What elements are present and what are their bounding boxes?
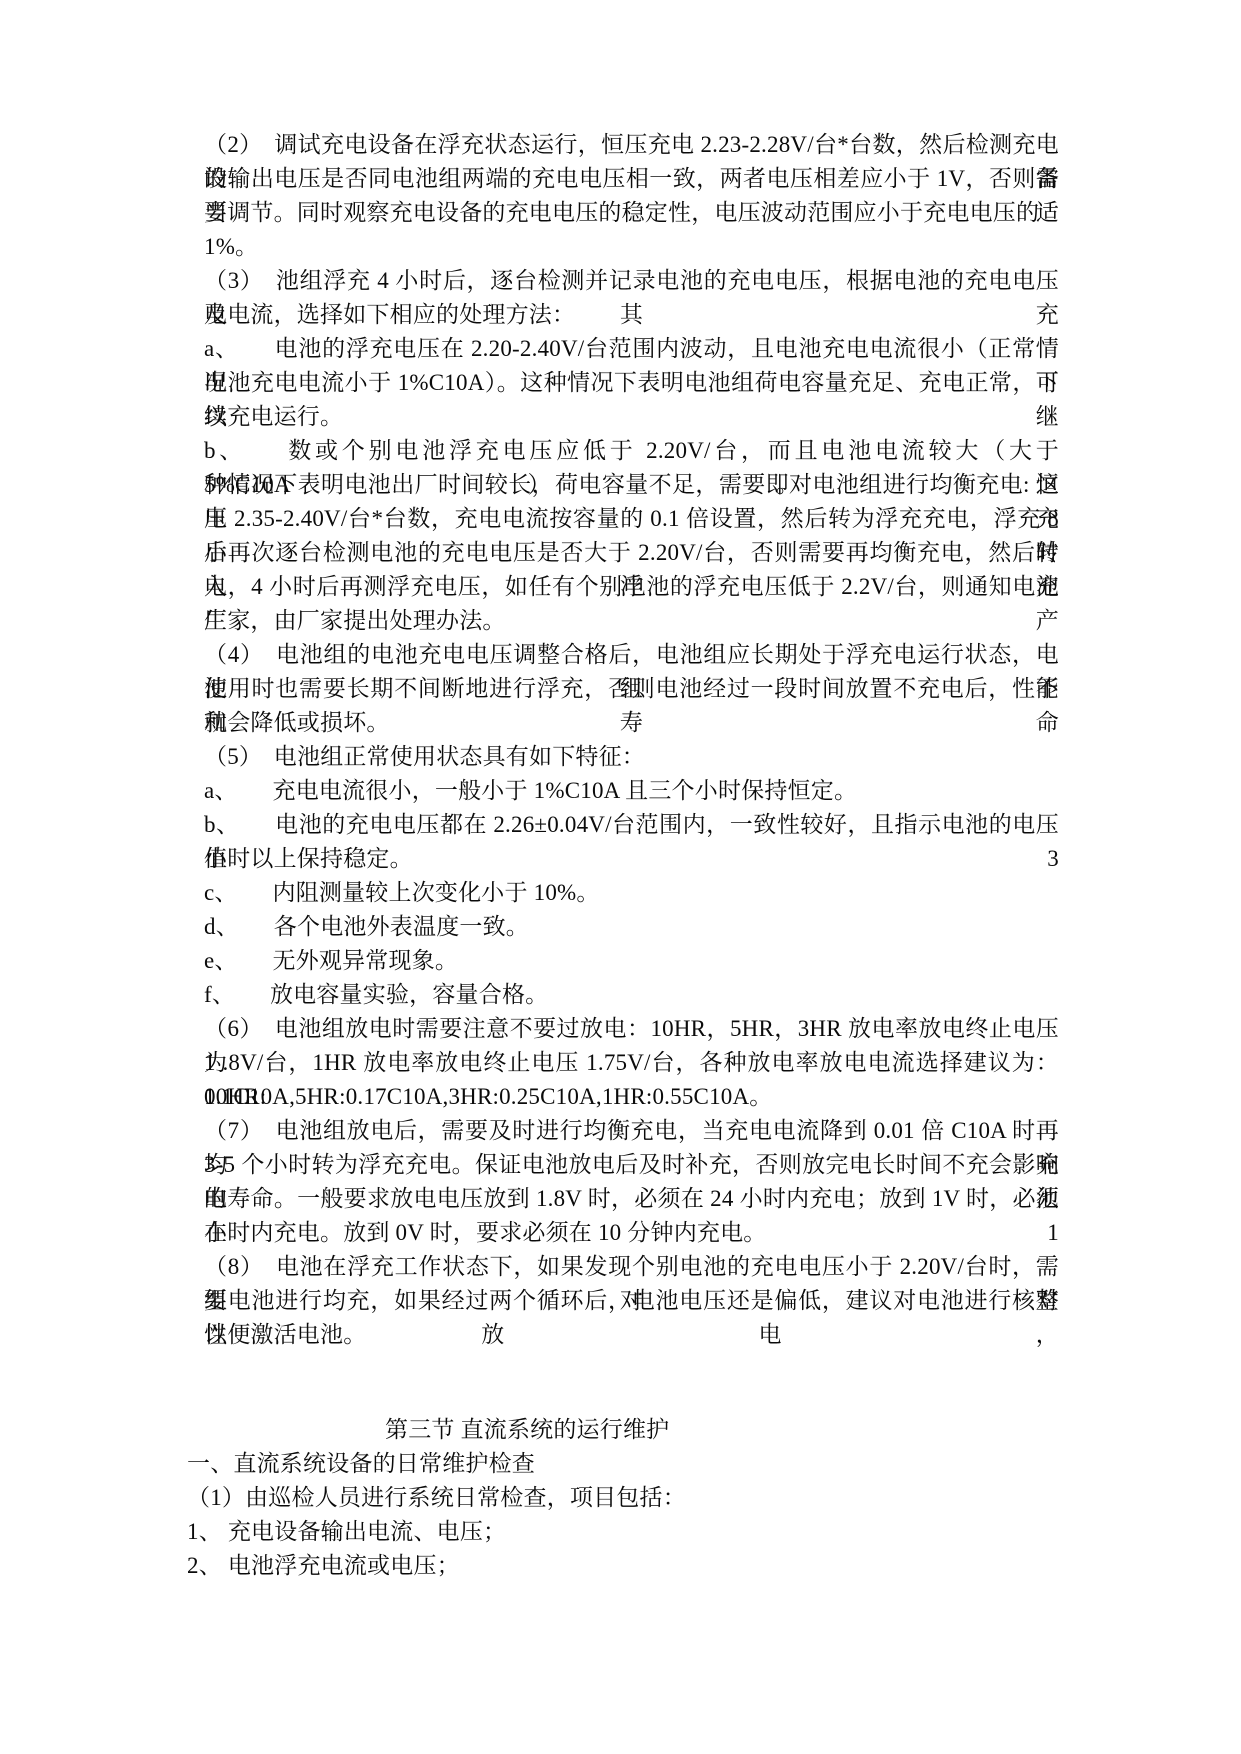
- text-line: （8） 电池在浮充工作状态下，如果发现个别电池的充电电压小于 2.20V/台时，…: [204, 1250, 1059, 1284]
- document-page: （2） 调试充电设备在浮充状态运行，恒压充电 2.23-2.28V/台*台数，然…: [0, 0, 1241, 1754]
- text-line: [204, 230, 1059, 264]
- text-line: f、 放电容量实验，容量合格。: [204, 978, 1059, 1012]
- text-line: 后再次逐台检测电池的充电电压是否大于 2.20V/台，否则需要再均衡充电，然后转…: [204, 536, 1059, 570]
- text-line: （7） 电池组放电后，需要及时进行均衡充电，当充电电流降到 0.01 倍 C10…: [204, 1114, 1059, 1148]
- text-line: 电池充电电流小于 1%C10A）。这种情况下表明电池组荷电容量充足、充电正常，可…: [204, 366, 1059, 400]
- text-line: a、 充电电流很小，一般小于 1%C10A 且三个小时保持恒定。: [204, 774, 1059, 808]
- text-line: 3-5 个小时转为浮充充电。保证电池放电后及时补充，否则放完电长时间不充会影响电…: [204, 1148, 1059, 1182]
- text-line: b、 电池的充电电压都在 2.26±0.04V/台范围内，一致性较好，且指示电池…: [204, 808, 1059, 842]
- section-heading: 第三节 直流系统的运行维护: [187, 1413, 1072, 1447]
- text-line: 种情况下表明电池出厂时间较长，荷电容量不足，需要即对电池组进行均衡充电: 恒压充: [204, 468, 1059, 502]
- text-line: c、 内阻测量较上次变化小于 10%。: [204, 876, 1059, 910]
- text-line: （4） 电池组的电池充电电压调整合格后，电池组应长期处于浮充电运行状态，电池组不: [204, 638, 1059, 672]
- text-line: （5） 电池组正常使用状态具有如下特征：: [204, 740, 1059, 774]
- section-block: 第三节 直流系统的运行维护 一、直流系统设备的日常维护检查（1）由巡检人员进行系…: [187, 1413, 1072, 1583]
- text-line: 组电池进行均充，如果经过两个循环后，电池电压还是偏低，建议对电池进行核对性放电，: [204, 1284, 1059, 1318]
- text-line: 使用时也需要长期不间断地进行浮充，否则电池经过一段时间放置不充电后，性能和寿命: [204, 672, 1059, 706]
- text-line: 电 2.35-2.40V/台*台数，充电电流按容量的 0.1 倍设置，然后转为浮…: [204, 502, 1059, 536]
- text-line: 的输出电压是否同电池组两端的充电电压相一致，两者电压相差应小于 1V，否则需要适: [204, 162, 1059, 196]
- text-line: b、 数或个别电池浮充电压应低于 2.20V/台，而且电池电流较大（大于 5%C…: [204, 434, 1059, 468]
- text-line: （3） 池组浮充 4 小时后，逐台检测并记录电池的充电电压，根据电池的充电电压及…: [204, 264, 1059, 298]
- text-line: 当调节。同时观察充电设备的充电电压的稳定性，电压波动范围应小于充电电压的 1%。: [204, 196, 1059, 230]
- text-line: （1）由巡检人员进行系统日常检查，项目包括：: [187, 1481, 1072, 1515]
- text-line: （6） 电池组放电时需要注意不要过放电：10HR，5HR，3HR 放电率放电终止…: [204, 1012, 1059, 1046]
- text-line: （2） 调试充电设备在浮充状态运行，恒压充电 2.23-2.28V/台*台数，然…: [204, 128, 1059, 162]
- text-line: a、 电池的浮充电压在 2.20-2.40V/台范围内波动，且电池充电电流很小（…: [204, 332, 1059, 366]
- text-line: 的寿命。一般要求放电电压放到 1.8V 时，必须在 24 小时内充电；放到 1V…: [204, 1182, 1059, 1216]
- text-line: 一、直流系统设备的日常维护检查: [187, 1447, 1072, 1481]
- text-line: 2、 电池浮充电流或电压；: [187, 1549, 1072, 1583]
- text-line: 电，4 小时后再测浮充电压，如任有个别电池的浮充电压低于 2.2V/台，则通知电…: [204, 570, 1059, 604]
- text-line: 0.1C10A,5HR:0.17C10A,3HR:0.25C10A,1HR:0.…: [204, 1080, 1059, 1114]
- body-text-block: （2） 调试充电设备在浮充状态运行，恒压充电 2.23-2.28V/台*台数，然…: [204, 128, 1059, 1352]
- text-line: d、 各个电池外表温度一致。: [204, 910, 1059, 944]
- text-line: 1、 充电设备输出电流、电压；: [187, 1515, 1072, 1549]
- section-lines: 一、直流系统设备的日常维护检查（1）由巡检人员进行系统日常检查，项目包括：1、 …: [187, 1447, 1072, 1583]
- text-line: e、 无外观异常现象。: [204, 944, 1059, 978]
- text-line: 1 .8V/台，1HR 放电率放电终止电压 1.75V/台，各种放电率放电电流选…: [204, 1046, 1059, 1080]
